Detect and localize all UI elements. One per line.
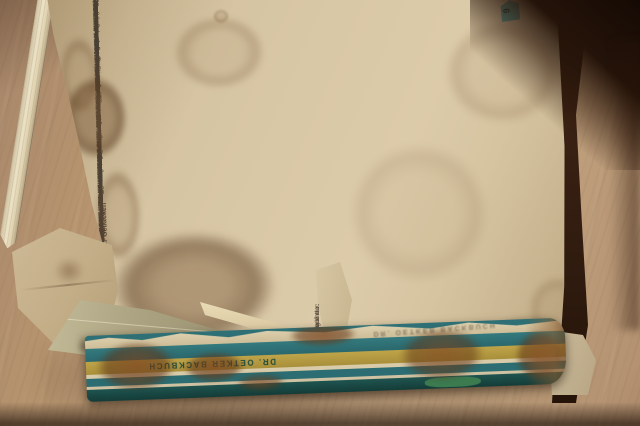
photo-old-cookbook: auf den Rost gelegt wurde. Bei flacheren… xyxy=(0,0,640,426)
shadow-bottom-edge xyxy=(0,402,640,426)
shadow-right-edge xyxy=(610,40,640,330)
stain xyxy=(52,256,86,286)
worn-spine-corner xyxy=(524,318,567,385)
